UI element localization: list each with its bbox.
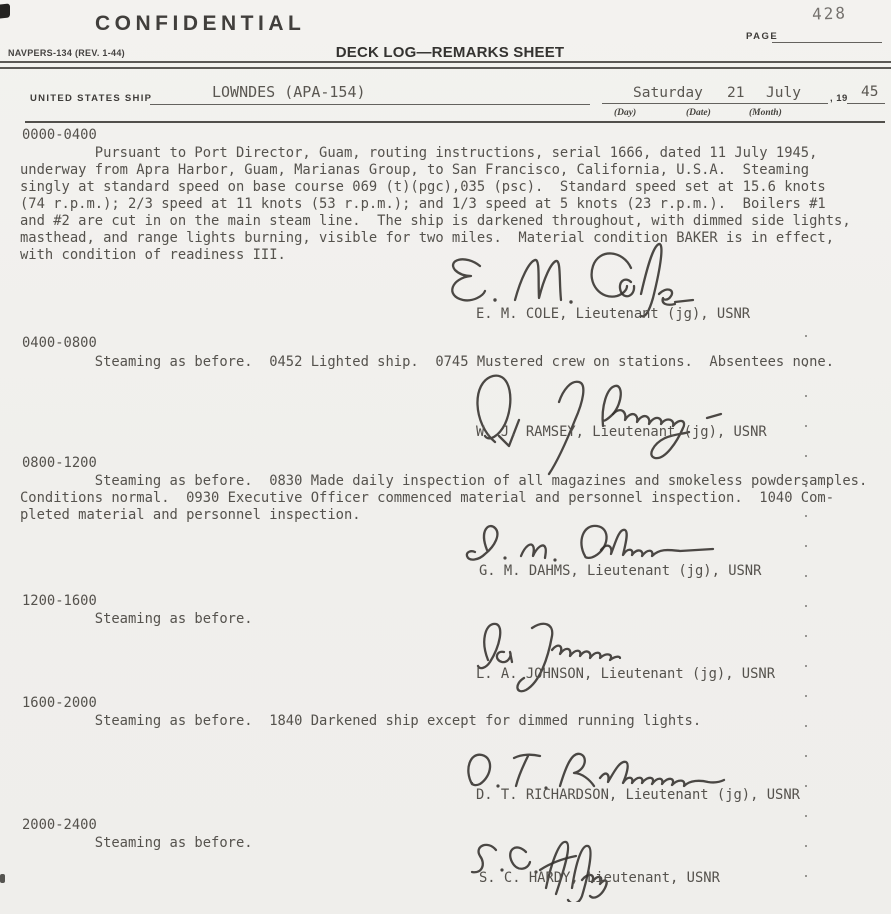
ship-label: UNITED STATES SHIP (30, 93, 152, 104)
scan-artifact-speck (0, 874, 5, 883)
date-number: 21 (727, 85, 744, 101)
entry-2-time-range: 0800-1200 (22, 455, 97, 472)
confidential-stamp: CONFIDENTIAL (95, 12, 305, 36)
date-day: Saturday (633, 85, 703, 101)
year-line (847, 103, 885, 104)
entry-5-text: Steaming as before. (20, 835, 253, 852)
entry-3-text: Steaming as before. (20, 611, 253, 628)
scan-artifact-corner (0, 3, 10, 18)
entry-1-time-range: 0400-0800 (22, 335, 97, 352)
entry-0-signed-by: E. M. COLE, Lieutenant (jg), USNR (476, 306, 750, 323)
entry-3-time-range: 1200-1600 (22, 593, 97, 610)
page-number-line (772, 42, 882, 43)
date-year: 45 (861, 84, 878, 100)
date-line (602, 103, 828, 104)
entry-3-signed-by: L. A. JOHNSON, Lieutenant (jg), USNR (476, 666, 775, 683)
entry-4-time-range: 1600-2000 (22, 695, 97, 712)
entry-4-signed-by: D. T. RICHARDSON, Lieutenant (jg), USNR (476, 787, 800, 804)
signature-wj-ramsey (455, 362, 745, 482)
signature-gm-dahms (455, 520, 725, 565)
heavy-rule (25, 121, 885, 123)
year-prefix: , 19 (830, 93, 848, 104)
handwritten-page-number: 428 (812, 3, 848, 23)
date-month: July (766, 85, 801, 101)
deck-log-sheet: CONFIDENTIAL 428 PAGE NAVPERS-134 (REV. … (0, 0, 891, 914)
date-caption: (Date) (686, 108, 711, 118)
form-title: DECK LOG—REMARKS SHEET (300, 44, 600, 61)
signature-sc-hardy (460, 836, 620, 902)
ship-name-line (150, 104, 590, 105)
entry-2-text: Steaming as before. 0830 Made daily insp… (20, 473, 867, 524)
page-label: PAGE (746, 31, 778, 42)
entry-5-signed-by: S. C. HARDY, Lieutenant, USNR (479, 870, 720, 887)
scan-artifact-dot-column (805, 335, 807, 883)
entry-0-time-range: 0000-0400 (22, 127, 97, 144)
ship-name: LOWNDES (APA-154) (212, 83, 366, 101)
entry-1-signed-by: W. J. RAMSEY, Lieutenant (jg), USNR (476, 424, 767, 441)
entry-2-signed-by: G. M. DAHMS, Lieutenant (jg), USNR (479, 563, 761, 580)
double-rule (0, 61, 891, 69)
entry-4-text: Steaming as before. 1840 Darkened ship e… (20, 713, 701, 730)
entry-5-time-range: 2000-2400 (22, 817, 97, 834)
form-number: NAVPERS-134 (REV. 1-44) (8, 48, 125, 58)
day-caption: (Day) (614, 108, 636, 118)
month-caption: (Month) (749, 108, 782, 118)
